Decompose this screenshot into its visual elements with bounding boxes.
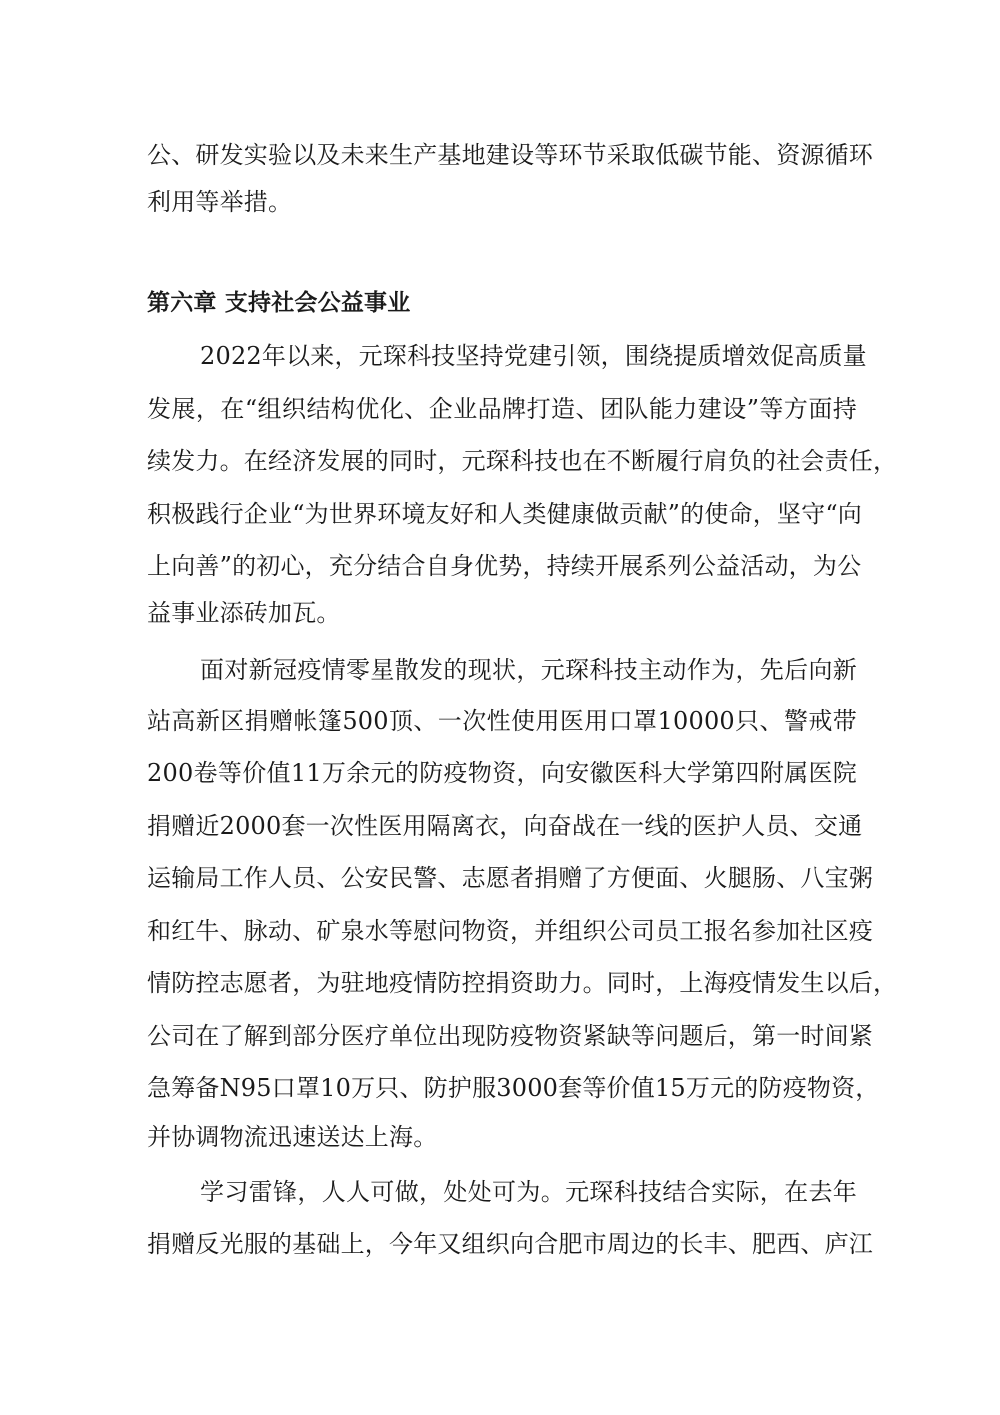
body-text-line: 2022年以来，元琛科技坚持党建引领，围绕提质增效促高质量 xyxy=(200,341,857,371)
body-text-line: 公、研发实验以及未来生产基地建设等环节采取低碳节能、资源循环 xyxy=(147,140,857,170)
body-text-line: 发展，在“组织结构优化、企业品牌打造、团队能力建设”等方面持 xyxy=(147,394,857,424)
body-text-line: 捐赠反光服的基础上，今年又组织向合肥市周边的长丰、肥西、庐江 xyxy=(147,1229,857,1259)
body-text-line: 利用等举措。 xyxy=(147,187,857,217)
body-text-line: 上向善”的初心，充分结合自身优势，持续开展系列公益活动，为公 xyxy=(147,551,857,581)
body-text-line: 运输局工作人员、公安民警、志愿者捐赠了方便面、火腿肠、八宝粥 xyxy=(147,863,857,893)
body-text-line: 并协调物流迅速送达上海。 xyxy=(147,1122,857,1152)
body-text-line: 面对新冠疫情零星散发的现状，元琛科技主动作为，先后向新 xyxy=(200,655,857,685)
body-text-line: 学习雷锋，人人可做，处处可为。元琛科技结合实际，在去年 xyxy=(200,1177,857,1207)
body-text-line: 益事业添砖加瓦。 xyxy=(147,598,857,628)
body-text-line: 站高新区捐赠帐篷500顶、一次性使用医用口罩10000只、警戒带 xyxy=(147,706,857,736)
body-text-line: 200卷等价值11万余元的防疫物资，向安徽医科大学第四附属医院 xyxy=(147,758,857,788)
body-text-line: 捐赠近2000套一次性医用隔离衣，向奋战在一线的医护人员、交通 xyxy=(147,811,857,841)
body-text-line: 和红牛、脉动、矿泉水等慰问物资，并组织公司员工报名参加社区疫 xyxy=(147,916,857,946)
body-text-line: 急筹备N95口罩10万只、防护服3000套等价值15万元的防疫物资， xyxy=(147,1073,857,1103)
body-text-line: 情防控志愿者，为驻地疫情防控捐资助力。同时，上海疫情发生以后， xyxy=(147,968,857,998)
body-text-line: 积极践行企业“为世界环境友好和人类健康做贡献”的使命，坚守“向 xyxy=(147,499,857,529)
document-page: 公、研发实验以及未来生产基地建设等环节采取低碳节能、资源循环 利用等举措。 第六… xyxy=(0,0,1000,1415)
body-text-line: 公司在了解到部分医疗单位出现防疫物资紧缺等问题后，第一时间紧 xyxy=(147,1021,857,1051)
chapter-heading: 第六章 支持社会公益事业 xyxy=(147,288,857,318)
body-text-line: 续发力。在经济发展的同时，元琛科技也在不断履行肩负的社会责任， xyxy=(147,446,857,476)
